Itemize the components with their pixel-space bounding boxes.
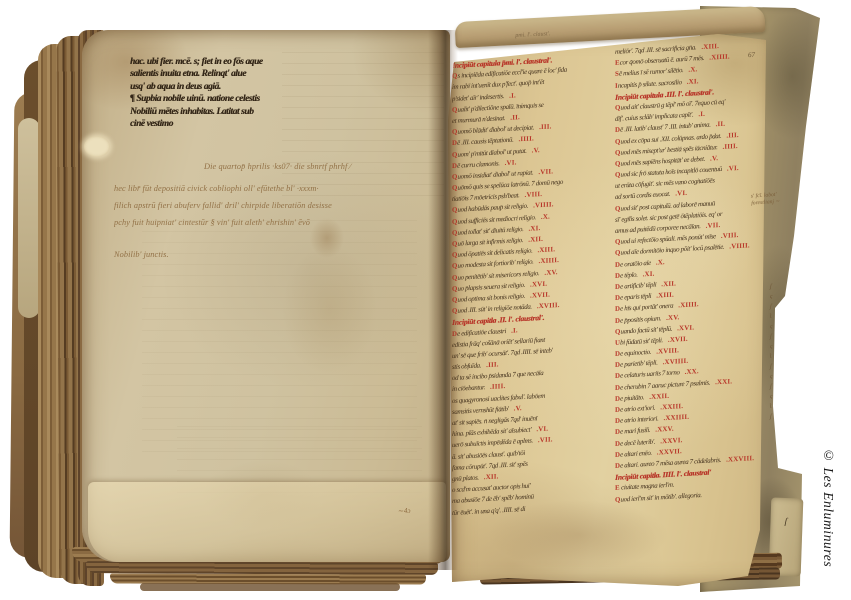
entry-text: ciuitate magna ierl'm. — [620, 482, 674, 492]
chapter-numeral: .XIII. — [701, 43, 719, 51]
page-edges-bottom-left-4 — [140, 583, 400, 591]
red-initial: E — [615, 485, 619, 492]
note-footer: Nobilib' junctis. — [114, 246, 169, 263]
red-initial: D — [615, 384, 620, 391]
chapter-numeral: .VI. — [536, 426, 548, 434]
entry-text: e p̄positis opium. — [620, 315, 661, 324]
right-page: 67 Incipiūt capitula p̄mi. l'. claustral… — [448, 30, 774, 588]
chapter-numeral: .XIIII. — [539, 257, 560, 265]
text-line: ς — [770, 322, 780, 332]
chapter-numeral: .VI. — [675, 190, 687, 198]
chapter-numeral: .XVIII. — [656, 347, 679, 355]
chapter-numeral: .XXVII. — [657, 448, 682, 456]
red-initial: D — [615, 295, 620, 302]
note-title: Die quartop̄ hprilis ·ks07· die sbnrtf p… — [204, 158, 440, 175]
chapter-numeral: .V. — [514, 405, 522, 412]
chapter-numeral: .VI. — [505, 159, 517, 167]
left-page: hac. ubi fier. mcē. s; fiet in eo fōs aq… — [82, 30, 450, 562]
chapter-numeral: .XVIIII. — [663, 358, 689, 366]
chapter-numeral: .VIIII. — [729, 243, 750, 251]
entry-text: e mari fusili. — [620, 427, 650, 436]
text-line: ʃ — [770, 362, 780, 372]
chapter-numeral: .XVII. — [530, 291, 550, 299]
red-initial: Q — [615, 328, 620, 335]
entry-text: e tēplo. — [620, 271, 637, 279]
entry-text: p'sidet' aīr' indesertis. — [452, 93, 504, 103]
chapter-numeral: .X. — [541, 213, 550, 221]
text-line: ʅ — [770, 352, 780, 362]
chapter-numeral: .VIII. — [721, 232, 739, 240]
toc-column-right: meliōr'. 7qd .III. sē sacrificia gn̄a..X… — [615, 38, 774, 509]
red-initial: D — [615, 373, 620, 380]
fold-ghost-text: pmi. l'. claust'. — [515, 31, 550, 39]
chapter-numeral: .XI. — [687, 78, 699, 86]
chapter-numeral: .XI. — [643, 270, 655, 278]
red-initial: D — [615, 317, 620, 324]
entry-text: e equinoctio. — [620, 349, 651, 358]
chapter-numeral: .XIIII. — [709, 54, 730, 62]
entry-text: e edificatiōe claustri — [457, 327, 506, 337]
chapter-numeral: .I. — [509, 92, 516, 99]
red-initial: D — [615, 429, 620, 436]
page-edges-left-pale — [18, 118, 40, 318]
entry-text: e parietib' tēpli. — [620, 360, 657, 369]
entry-text: e decē luterib'. — [620, 438, 655, 447]
gothic-text-block: hac. ubi fier. mcē. s; fiet in eo fōs aq… — [130, 56, 378, 134]
corner-mark: ∼4ɔ — [398, 508, 410, 515]
chapter-numeral: .XXV. — [655, 426, 674, 434]
chapter-numeral: .XII. — [484, 473, 499, 481]
red-initial: S — [615, 71, 618, 78]
text-line: salientis inuita etna. Relinqt' alue — [130, 68, 378, 80]
text-line: ς — [770, 392, 780, 402]
chapter-numeral: .I. — [511, 327, 518, 334]
red-initial: Q — [615, 250, 620, 257]
chapter-numeral: .XXVI. — [660, 437, 682, 445]
chapter-numeral: .XVI. — [530, 280, 547, 288]
text-line: ʃ — [770, 282, 780, 292]
chapter-numeral: .XXII. — [649, 393, 669, 401]
entry-text: bi fūdatū sit' tēpli. — [620, 337, 663, 346]
text-line: Nobiliū mētes inhabitas. Latitat sub — [130, 106, 378, 118]
red-initial: D — [615, 395, 620, 402]
gutter-shadow — [428, 30, 458, 570]
entry-text: ad sortū cordis euocat. — [615, 191, 670, 201]
chapter-numeral: .XIII. — [537, 246, 555, 254]
red-initial: D — [615, 418, 620, 425]
red-initial: E — [615, 60, 619, 67]
chapter-numeral: .VII. — [538, 437, 553, 445]
chapter-numeral: .III. — [486, 361, 499, 369]
chapter-numeral: .XXVIII. — [726, 455, 754, 464]
text-line: pchy fuit huipniat' cintestūr § vin' fui… — [114, 214, 444, 231]
text-line: ς — [770, 342, 780, 352]
red-initial: D — [615, 351, 620, 358]
entry-text: e celaturis uariis 7 torno — [620, 370, 679, 380]
chapter-numeral: .I. — [698, 111, 705, 118]
chapter-numeral: .X. — [656, 259, 665, 267]
text-line: ʃ — [770, 382, 780, 392]
parchment-repair-spot — [84, 136, 110, 157]
text-line: ʃ — [770, 332, 780, 342]
entry-text: tūr ēuēt'. in una q'q'. .IIII. sē di — [452, 505, 525, 516]
chapter-numeral: .IIII. — [722, 143, 737, 151]
chapter-numeral: .VIIII. — [533, 202, 554, 210]
entry-text: ē .III. causis tēptationū. — [457, 137, 513, 147]
pen-trial-mark: ſ — [784, 518, 787, 525]
chapter-numeral: .XII. — [528, 236, 543, 244]
chapter-numeral: .XXI. — [715, 378, 732, 386]
credit-text: © Les Enluminures — [820, 448, 836, 567]
text-line: ʅ — [770, 312, 780, 322]
red-initial: D — [615, 272, 620, 279]
chapter-numeral: .XV. — [544, 269, 557, 277]
chapter-numeral: .IIII. — [519, 136, 534, 144]
chapter-numeral: .XIII. — [656, 292, 674, 300]
chapter-numeral: .III. — [539, 124, 552, 132]
entry-text: e atrio interiori. — [620, 416, 658, 425]
entry-text: ē melius ī sē rumor' silētio. — [619, 67, 683, 78]
show-through-mid — [142, 220, 417, 455]
red-initial: Q — [615, 496, 620, 503]
stain-1 — [282, 245, 377, 375]
chapter-numeral: .XVIII. — [537, 302, 560, 310]
entry-text: uando factū sit' tēplū. — [621, 325, 673, 335]
red-initial: D — [615, 127, 620, 134]
margin-marks: ʃςʃʅςʃςʅʃςʃςʅʃ — [770, 282, 780, 422]
entry-text: uod ierl'm sit' in mōtib'. allegoria. — [621, 492, 702, 504]
text-line: filich apstrū fieri abuferv fallid' dril… — [114, 197, 444, 214]
chapter-numeral: .XXIIII. — [663, 414, 689, 422]
chapter-numeral: .IIII. — [490, 383, 505, 391]
red-initial: Q — [615, 149, 620, 156]
red-initial: Q — [615, 138, 620, 145]
note-block: hec libr̄ fūt depositiā civick cobliophi… — [114, 180, 444, 236]
red-initial: U — [615, 340, 620, 347]
text-line: cinē vestimo — [130, 118, 378, 130]
red-initial: D — [615, 306, 620, 313]
chapter-numeral: .XX. — [685, 369, 699, 377]
text-line: ς — [770, 372, 780, 382]
entry-text: e eparis tēpli — [620, 293, 651, 302]
red-initial: Q — [615, 205, 620, 212]
text-line: ʃ — [770, 412, 780, 422]
chapter-numeral: .XII. — [661, 280, 676, 288]
entry-text: ē curru clamonis. — [457, 160, 499, 169]
chapter-numeral: .II. — [510, 114, 520, 122]
chapter-numeral: .V. — [532, 147, 540, 154]
entry-text: fama cōrupūt'. 7qd .III. sit' spēs — [452, 461, 528, 472]
chapter-numeral: .VII. — [706, 222, 721, 230]
chapter-numeral: .VIII. — [525, 191, 543, 199]
text-line: ʅ — [770, 402, 780, 412]
entry-text: e oratōio aīe — [620, 259, 651, 268]
text-line: hac. ubi fier. mcē. s; fiet in eo fōs aq… — [130, 56, 378, 68]
text-line: ¶ Supbia nobile uinū. natione celestis — [130, 93, 378, 105]
chapter-numeral: .XXIII. — [660, 403, 683, 411]
text-line: usq' ab aqua in deus agiā. — [130, 81, 378, 93]
chapter-numeral: .XI. — [528, 225, 540, 233]
red-initial: D — [615, 362, 620, 369]
red-initial: Q — [615, 105, 620, 112]
chapter-numeral: .XIIII. — [678, 302, 699, 310]
manuscript-photo: ſ pmi. l'. claust'. hac. ubi fier. mcē. … — [0, 0, 851, 600]
entry-text: e hīs qui portāt' onera — [620, 303, 673, 313]
entry-text: e atrio ext'iori. — [620, 405, 655, 414]
red-initial: D — [615, 451, 620, 458]
text-line: ς — [770, 292, 780, 302]
toc-column-left: Incipiūt capitula p̄mi. l'. claustral'.Q… — [452, 51, 614, 522]
chapter-numeral: .II. — [716, 121, 726, 129]
chapter-numeral: .XVI. — [677, 324, 694, 332]
entry-text: et murmurā n'desinat. — [452, 115, 505, 125]
red-initial: D — [615, 261, 620, 268]
red-initial: Q — [615, 172, 620, 179]
chapter-numeral: .XVII. — [668, 336, 688, 344]
red-initial: D — [615, 407, 620, 414]
red-initial: D — [615, 463, 620, 470]
chapter-numeral: .V. — [710, 155, 718, 162]
text-line: ʃ — [770, 302, 780, 312]
entry-text: e artificib' tēpli — [620, 282, 656, 291]
chapter-index: Incipiūt capitula p̄mi. l'. claustral'.Q… — [452, 42, 774, 580]
bottom-fold-band — [88, 482, 446, 562]
red-initial: D — [615, 284, 620, 291]
entry-text: e altari enēo. — [620, 450, 652, 459]
chapter-numeral: .III. — [726, 131, 739, 139]
chapter-numeral: .VII. — [538, 168, 553, 176]
red-initial: Q — [615, 239, 620, 246]
red-initial: Q — [615, 160, 620, 167]
chapter-numeral: .X. — [688, 67, 697, 75]
red-initial: D — [615, 440, 620, 447]
text-line: hec libr̄ fūt depositiā civick cobliophi… — [114, 180, 444, 197]
entry-text: e piuitāto. — [620, 394, 644, 402]
chapter-numeral: .VI. — [727, 165, 739, 173]
chapter-numeral: .XV. — [666, 314, 679, 322]
